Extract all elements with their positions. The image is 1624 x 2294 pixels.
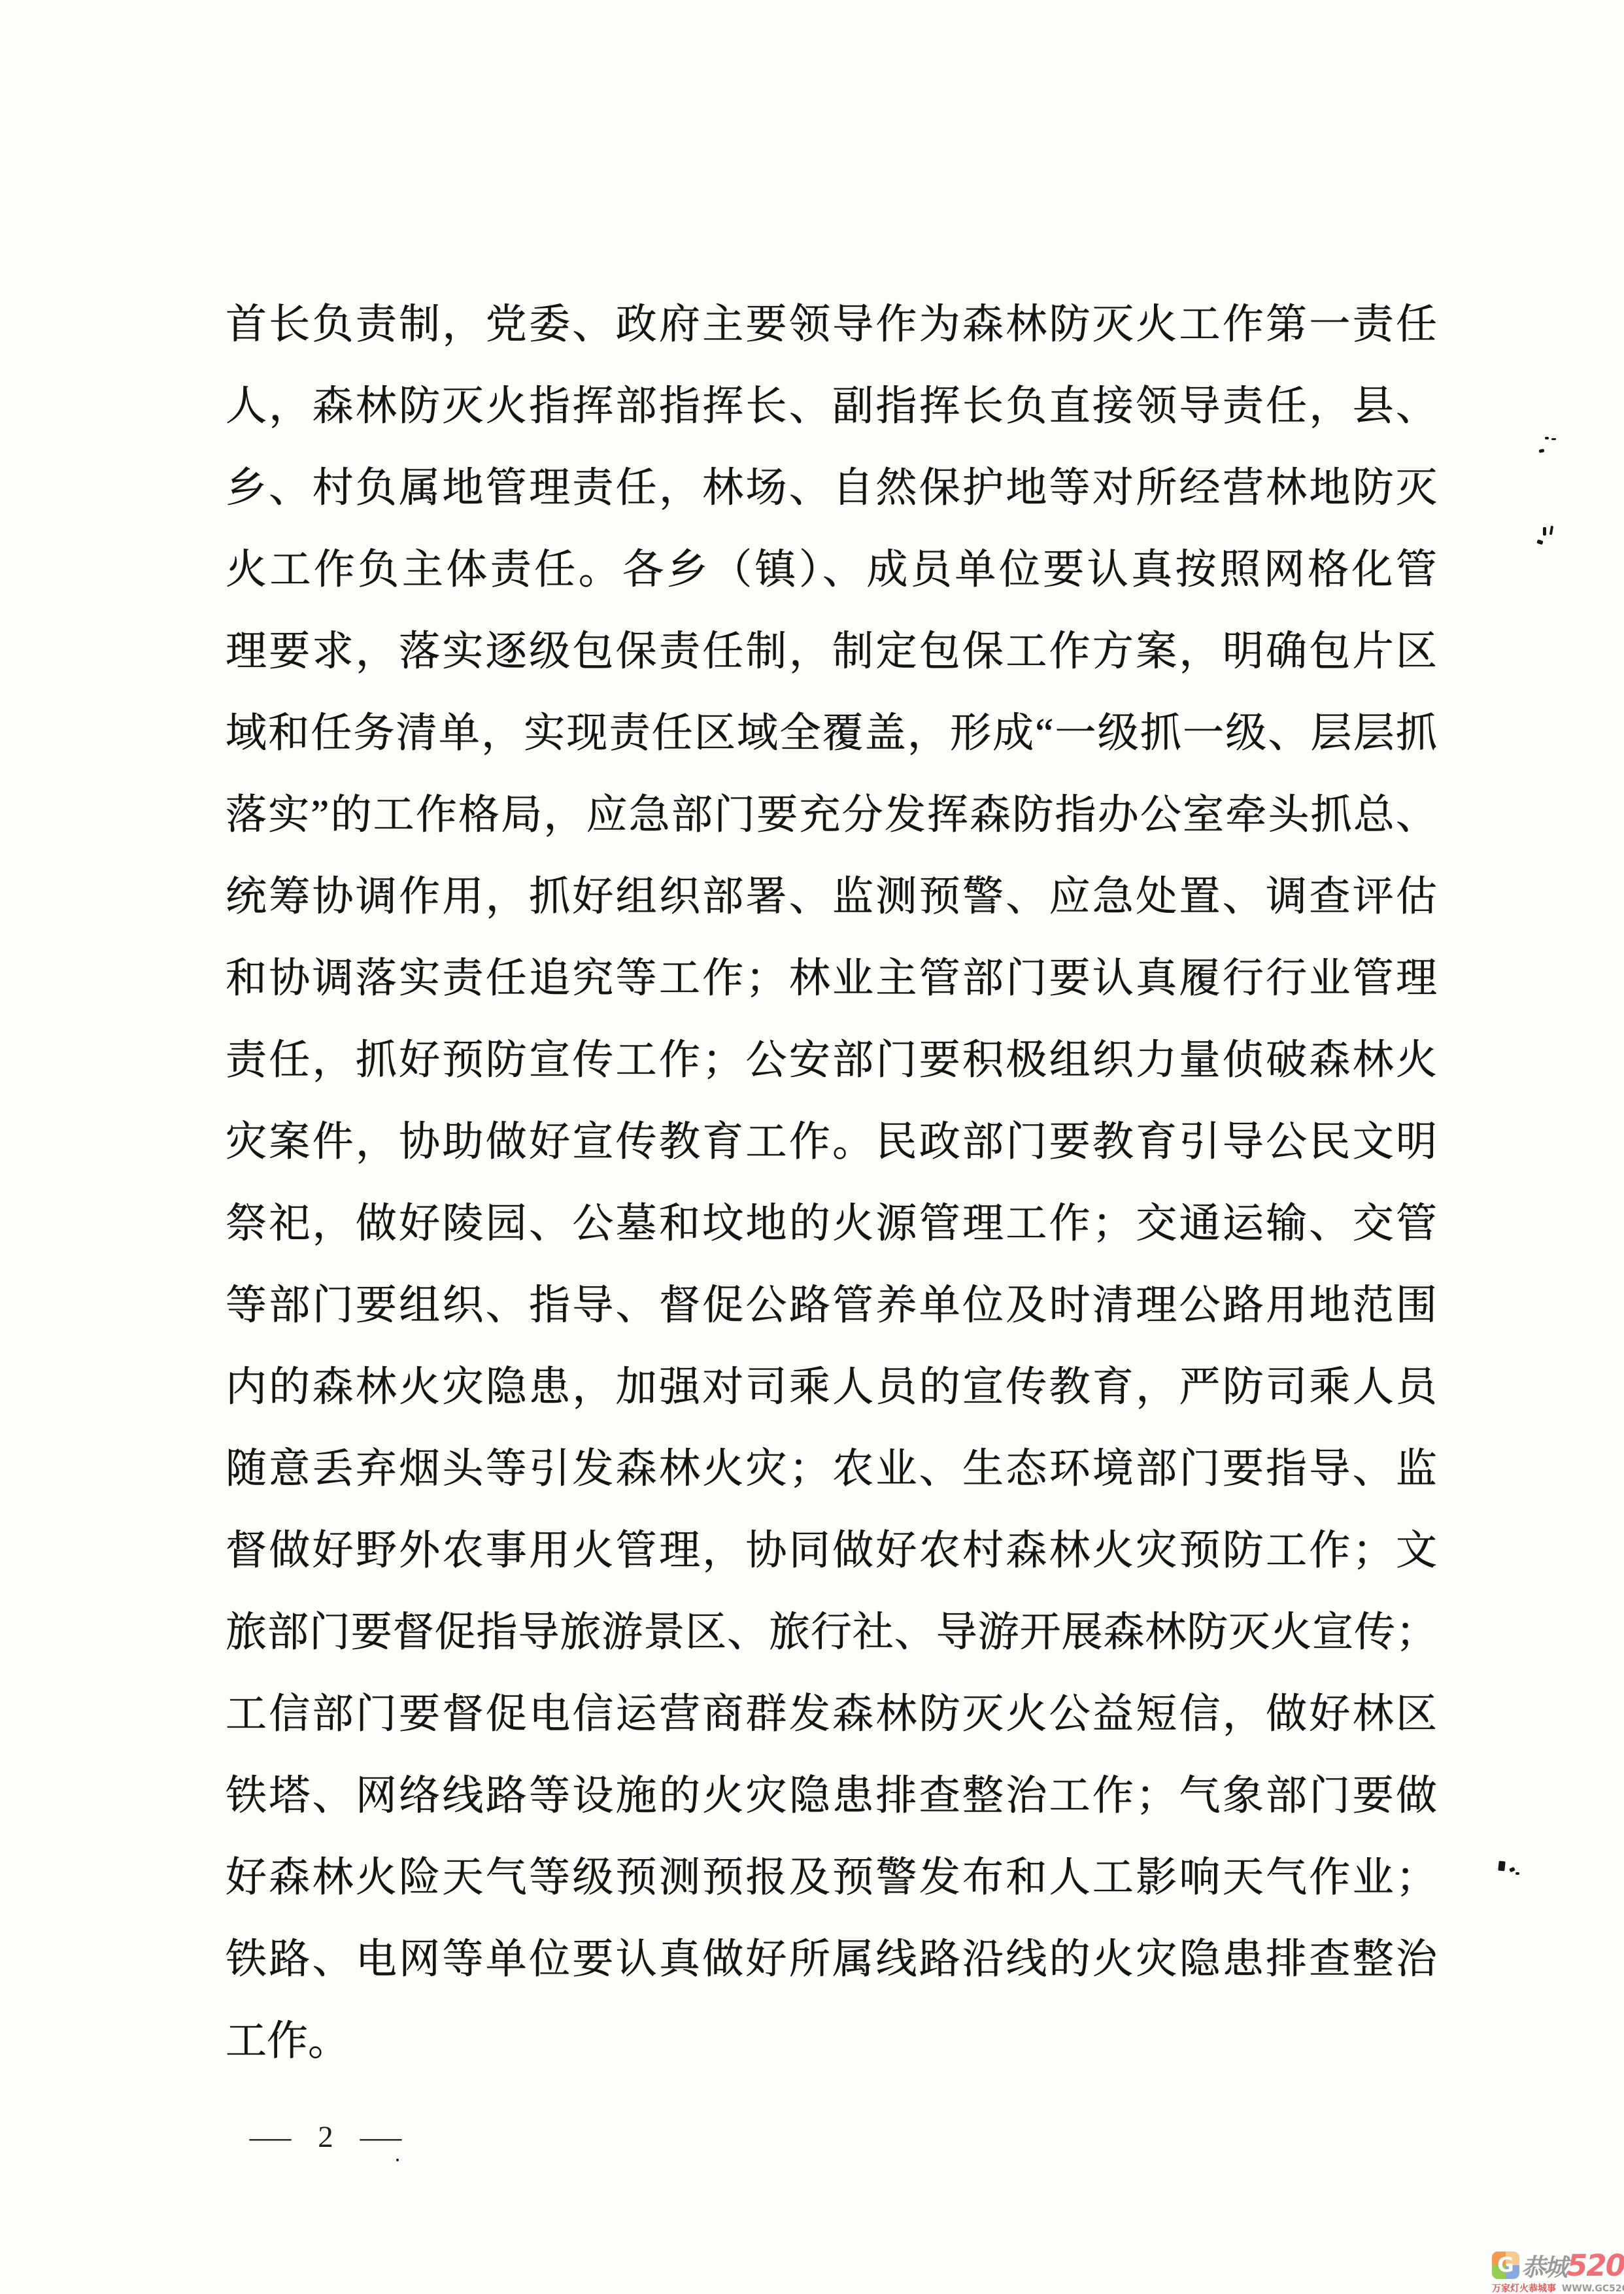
watermark: G 恭城 520 社 区 万家灯火恭城事 WWW.GC520.CN [1492, 2250, 1621, 2294]
text-line: 责任，抓好预防宣传工作；公安部门要积极组织力量侦破森林火 [226, 1019, 1437, 1101]
watermark-tagline-cn: 万家灯火恭城事 [1492, 2284, 1556, 2294]
ink-speck [1509, 1867, 1515, 1873]
gc520-logo-icon: G [1492, 2251, 1519, 2279]
text-line: 灾案件，协助做好宣传教育工作。民政部门要教育引导公民文明 [226, 1101, 1437, 1183]
ink-speck [1498, 1861, 1506, 1872]
page-number-value: 2 [318, 2119, 333, 2155]
text-line: 内的森林火灾隐患，加强对司乘人员的宣传教育，严防司乘人员 [226, 1346, 1437, 1428]
ink-speck [1543, 527, 1546, 536]
logo-g-glyph: G [1492, 2251, 1519, 2279]
text-line: 域和任务清单，实现责任区域全覆盖，形成“一级抓一级、层层抓 [226, 693, 1437, 774]
text-line: 理要求，落实逐级包保责任制，制定包保工作方案，明确包片区 [226, 611, 1437, 693]
text-line: 人，森林防灭火指挥部指挥长、副指挥长负直接领导责任，县、 [226, 366, 1437, 447]
ink-speck [1549, 526, 1553, 535]
text-line: 工信部门要督促电信运营商群发森林防灭火公益短信，做好林区 [226, 1673, 1437, 1755]
scanned-document-page: 首长负责制，党委、政府主要领导作为森林防灭火工作第一责任人，森林防灭火指挥部指挥… [0, 0, 1624, 2294]
ink-speck [1545, 437, 1549, 439]
text-line: 乡、村负属地管理责任，林场、自然保护地等对所经营林地防灭 [226, 447, 1437, 529]
text-line: 等部门要组织、指导、督促公路管养单位及时清理公路用地范围 [226, 1265, 1437, 1346]
watermark-brand-row: G 恭城 520 社 区 [1492, 2250, 1621, 2281]
text-line: 落实”的工作格局，应急部门要充分发挥森防指办公室牵头抓总、 [226, 774, 1437, 856]
page-number-dash-right: — [360, 2119, 401, 2155]
text-line: 铁塔、网络线路等设施的火灾隐患排查整治工作；气象部门要做 [226, 1755, 1437, 1837]
watermark-brand-number: 520 [1567, 2248, 1624, 2283]
text-line: 督做好野外农事用火管理，协同做好农村森林火灾预防工作；文 [226, 1510, 1437, 1592]
page-number-dash-left: — [250, 2119, 291, 2155]
document-body: 首长负责制，党委、政府主要领导作为森林防灭火工作第一责任人，森林防灭火指挥部指挥… [226, 284, 1437, 2082]
text-line: 好森林火险天气等级预测预报及预警发布和人工影响天气作业； [226, 1837, 1437, 1919]
text-line: 随意丢弃烟头等引发森林火灾；农业、生态环境部门要指导、监 [226, 1428, 1437, 1510]
text-line: 首长负责制，党委、政府主要领导作为森林防灭火工作第一责任 [226, 284, 1437, 366]
text-line: 旅部门要督促指导旅游景区、旅行社、导游开展森林防灭火宣传； [226, 1592, 1437, 1673]
page-number: — 2 — [255, 2116, 396, 2158]
watermark-tagline-row: 万家灯火恭城事 WWW.GC520.CN [1492, 2282, 1621, 2294]
text-line: 工作。 [226, 2000, 1437, 2082]
text-line: 和协调落实责任追究等工作；林业主管部门要认真履行行业管理 [226, 938, 1437, 1019]
text-line: 铁路、电网等单位要认真做好所属线路沿线的火灾隐患排查整治 [226, 1919, 1437, 2000]
text-line: 统筹协调作用，抓好组织部署、监测预警、应急处置、调查评估 [226, 856, 1437, 938]
ink-speck [396, 2159, 399, 2161]
ink-speck [1551, 438, 1556, 440]
watermark-tagline-url: WWW.GC520.CN [1562, 2284, 1624, 2294]
watermark-brand-script: 恭城 [1521, 2248, 1566, 2283]
text-line: 火工作负主体责任。各乡（镇）、成员单位要认真按照网格化管 [226, 529, 1437, 611]
ink-speck [1515, 1872, 1519, 1875]
text-line: 祭祀，做好陵园、公墓和坟地的火源管理工作；交通运输、交管 [226, 1183, 1437, 1265]
ink-speck [1536, 539, 1543, 545]
ink-speck [1539, 449, 1545, 453]
